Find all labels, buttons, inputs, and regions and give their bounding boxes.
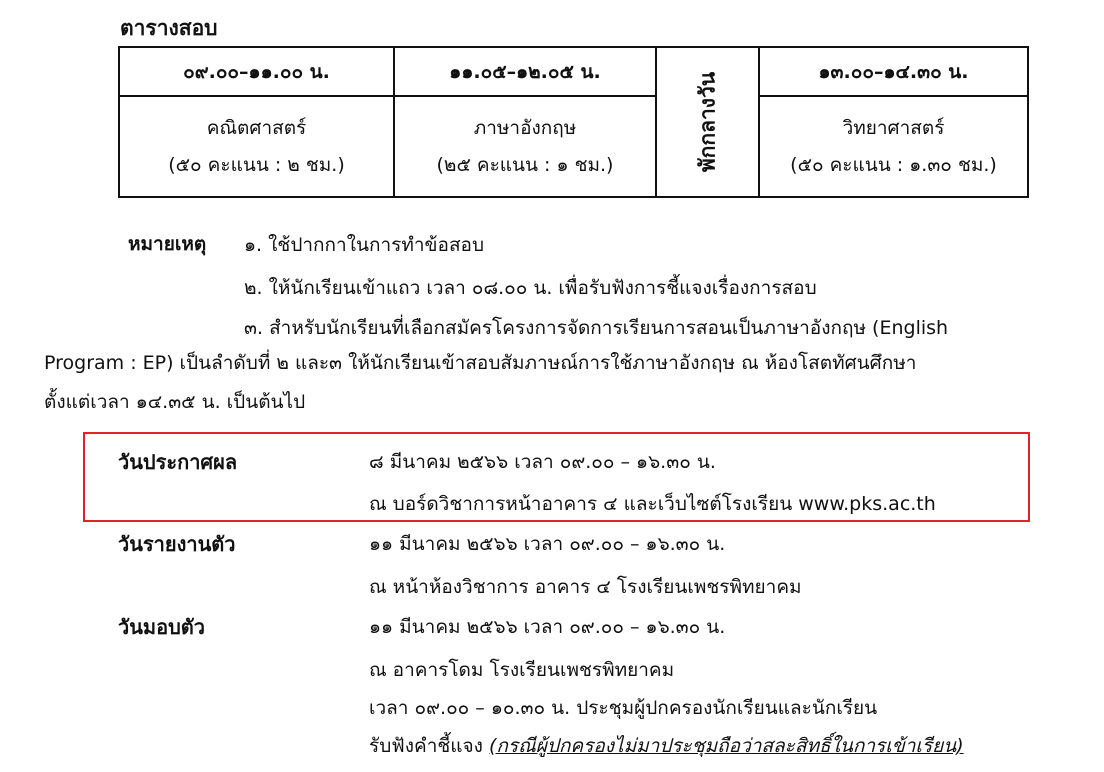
subject-cell-science: วิทยาศาสตร์ (๕๐ คะแนน : ๑.๓๐ ชม.)	[759, 96, 1028, 197]
announcement-label: วันประกาศผล	[118, 446, 237, 478]
subject-detail: (๒๕ คะแนน : ๑ ชม.)	[395, 147, 655, 184]
report-day-location: ณ หน้าห้องวิชาการ อาคาร ๔ โรงเรียนเพชรพิ…	[369, 572, 802, 602]
subject-name: ภาษาอังกฤษ	[395, 110, 655, 147]
note-item-3: ๓. สำหรับนักเรียนที่เลือกสมัครโครงการจัด…	[244, 313, 948, 343]
note-item-2: ๒. ให้นักเรียนเข้าแถว เวลา ๐๘.๐๐ น. เพื่…	[244, 273, 817, 303]
lunch-break-label: พักกลางวัน	[691, 72, 724, 172]
lunch-break-cell: พักกลางวัน	[656, 47, 759, 197]
enrollment-day-meeting: เวลา ๐๙.๐๐ – ๑๐.๓๐ น. ประชุมผู้ปกครองนัก…	[369, 693, 877, 723]
table-body-row: คณิตศาสตร์ (๕๐ คะแนน : ๒ ชม.) ภาษาอังกฤษ…	[119, 96, 1028, 197]
forfeit-warning: (กรณีผู้ปกครองไม่มาประชุมถือว่าสละสิทธิ์…	[489, 735, 964, 757]
subject-name: วิทยาศาสตร์	[760, 110, 1027, 147]
subject-cell-english: ภาษาอังกฤษ (๒๕ คะแนน : ๑ ชม.)	[394, 96, 656, 197]
subject-detail: (๕๐ คะแนน : ๑.๓๐ ชม.)	[760, 147, 1027, 184]
table-header-row: ๐๙.๐๐–๑๑.๐๐ น. ๑๑.๐๕–๑๒.๐๕ น. พักกลางวัน…	[119, 47, 1028, 96]
announcement-location: ณ บอร์ดวิชาการหน้าอาคาร ๔ และเว็บไซต์โรง…	[369, 489, 936, 519]
enrollment-day-label: วันมอบตัว	[118, 611, 205, 643]
exam-schedule-title: ตารางสอบ	[120, 12, 218, 45]
enrollment-day-date: ๑๑ มีนาคม ๒๕๖๖ เวลา ๐๙.๐๐ – ๑๖.๓๐ น.	[369, 612, 725, 642]
subject-cell-math: คณิตศาสตร์ (๕๐ คะแนน : ๒ ชม.)	[119, 96, 394, 197]
notes-label: หมายเหตุ	[128, 229, 206, 259]
enrollment-day-location: ณ อาคารโดม โรงเรียนเพชรพิทยาคม	[369, 655, 674, 685]
enrollment-day-instruction: รับฟังคำชี้แจง (กรณีผู้ปกครองไม่มาประชุม…	[369, 731, 964, 761]
note-item-3-line-2: Program : EP) เป็นลำดับที่ ๒ และ๓ ให้นัก…	[44, 348, 916, 378]
instruction-prefix: รับฟังคำชี้แจง	[369, 735, 489, 757]
subject-detail: (๕๐ คะแนน : ๒ ชม.)	[120, 147, 393, 184]
exam-schedule-table: ๐๙.๐๐–๑๑.๐๐ น. ๑๑.๐๕–๑๒.๐๕ น. พักกลางวัน…	[118, 46, 1029, 198]
note-item-3-line-3: ตั้งแต่เวลา ๑๔.๓๕ น. เป็นต้นไป	[44, 387, 305, 417]
report-day-date: ๑๑ มีนาคม ๒๕๖๖ เวลา ๐๙.๐๐ – ๑๖.๓๐ น.	[369, 529, 725, 559]
announcement-date: ๘ มีนาคม ๒๕๖๖ เวลา ๐๙.๐๐ – ๑๖.๓๐ น.	[369, 447, 716, 477]
subject-name: คณิตศาสตร์	[120, 110, 393, 147]
report-day-label: วันรายงานตัว	[118, 528, 235, 560]
note-item-1: ๑. ใช้ปากกาในการทำข้อสอบ	[244, 230, 484, 260]
time-slot-1: ๐๙.๐๐–๑๑.๐๐ น.	[119, 47, 394, 96]
time-slot-3: ๑๓.๐๐–๑๔.๓๐ น.	[759, 47, 1028, 96]
time-slot-2: ๑๑.๐๕–๑๒.๐๕ น.	[394, 47, 656, 96]
